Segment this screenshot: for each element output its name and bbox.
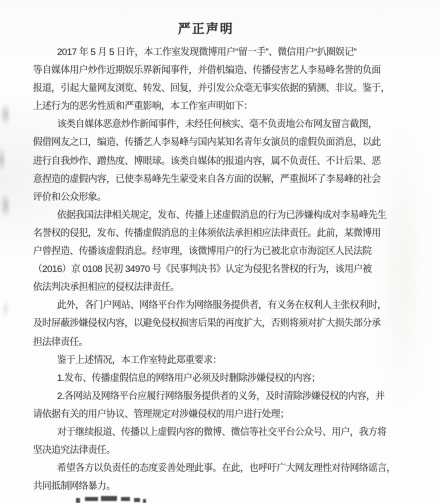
document-line: 担法律责任。	[33, 334, 379, 352]
document-line: 希望各方以负责任的态度妥善处理此事。在此，也呼吁广大网友理性对待网络谣言，	[33, 460, 379, 478]
document-line: 坚决追究法律责任。	[33, 442, 379, 460]
document-line: 1.发布、传播虚假信息的网络用户必须及时删除涉嫌侵权的内容；	[33, 370, 379, 388]
document-line: 报道，引起大量网友浏览、转发、回复，并引发公众毫无事实依据的猜测、非议。鉴于，	[33, 80, 379, 98]
scan-smudge	[0, 193, 11, 218]
document-line: 假借网友之口，编造、传播艺人李易峰与国内某知名青年女演员的虚假负面消息，以此	[33, 134, 379, 152]
document-line: 请依据有关的用户协议、管理规定对涉嫌侵权的用户进行处理；	[33, 406, 379, 424]
document-line: 共同抵制网络暴力。	[33, 478, 379, 496]
scan-smudge	[0, 103, 11, 126]
scan-smudge	[0, 147, 6, 172]
document-line: 等自媒体用户炒作近期娱乐界新闻事件，并借机编造、传播侵害艺人李易峰名誉的负面	[33, 62, 379, 80]
document-line: 评价和公众形象。	[33, 189, 379, 207]
document-body: 2017 年 5 月 5 日许，本工作室发现微博用户“留一手”、微信用户“扒圈娱…	[33, 44, 379, 496]
scan-tint	[378, 120, 426, 420]
document-line: 户曾捏造、传播该虚假消息。经审理，该微博用户的行为已被北京市海淀区人民法院	[33, 243, 379, 261]
document-line: 该类自媒体恶意炒作新闻事件，未经任何核实、毫不负责地公布网友留言截图，	[33, 116, 379, 134]
document-line: 依据我国法律相关规定，发布、传播上述虚假消息的行为已涉嫌构成对李易峰先生	[33, 207, 379, 225]
document-line: 上述行为的恶劣性质和严重影响，本工作室声明如下：	[33, 98, 379, 116]
document-line: 及时屏蔽涉嫌侵权内容，以避免侵权损害后果的再度扩大，否则将须对扩大损失部分承	[33, 315, 379, 333]
statement-document: 严正声明 2017 年 5 月 5 日许，本工作室发现微博用户“留一手”、微信用…	[33, 21, 379, 496]
document-line: 鉴于上述情况，本工作室特此郑重要求：	[33, 352, 379, 370]
clipped-text-remnant	[121, 497, 130, 501]
document-line: 2017 年 5 月 5 日许，本工作室发现微博用户“留一手”、微信用户“扒圈娱…	[33, 44, 379, 62]
clipped-text-remnant	[76, 498, 80, 503]
document-line: 意捏造的虚假内容，已使李易峰先生蒙受来自各方面的误解，严重损坏了李易峰的社会	[33, 171, 379, 189]
document-line: 对于继续报道、传播以上虚假内容的微博、微信等社交平台公众号、用户，我方将	[33, 424, 379, 442]
scan-smudge	[2, 300, 9, 318]
document-line: 名誉权的侵犯，发布、传播虚假消息的主体须依法承担相应法律责任。此前，某微博用	[33, 225, 379, 243]
clipped-text-remnant	[85, 497, 98, 501]
clipped-text-remnant	[143, 499, 146, 503]
document-line: 依法判决承担相应的侵权法律责任。	[33, 279, 379, 297]
clipped-text-remnant	[134, 498, 140, 502]
clipped-text-remnant	[101, 496, 117, 501]
document-line: 进行自我炒作、蹭热度、博眼球。该类自媒体的报道内容，属不负责任、不计后果、恶	[33, 153, 379, 171]
document-line: （2016）京 0108 民初 34970 号《民事判决书》认定为侵犯名誉权的行…	[33, 261, 379, 279]
document-line: 此外，各门户网站、网络平台作为网络服务提供者，有义务在权利人主张权利时，	[33, 297, 379, 315]
document-line: 2.各网站及网络平台应履行网络服务提供者的义务，及时清除涉嫌侵权的内容，并	[33, 388, 379, 406]
document-title: 严正声明	[33, 21, 379, 37]
document-page: 严正声明 2017 年 5 月 5 日许，本工作室发现微博用户“留一手”、微信用…	[0, 0, 440, 503]
